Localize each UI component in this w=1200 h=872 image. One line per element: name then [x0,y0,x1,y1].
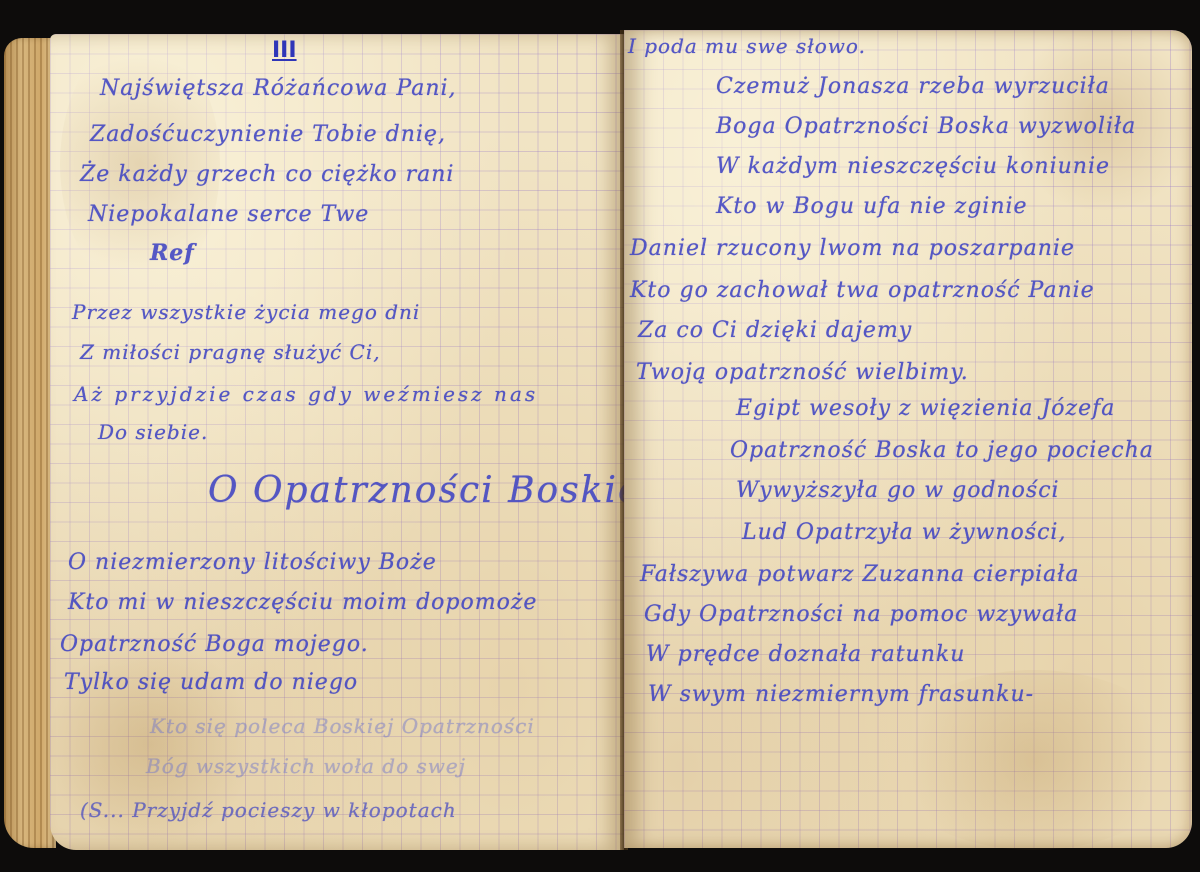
verse-line: W swym niezmiernym frasunku- [648,682,1034,707]
verse-line: Opatrzność Boga mojego. [60,632,369,657]
verse-line: Egipt wesoły z więzienia Józefa [736,396,1115,421]
open-notebook: III Najświętsza Różańcowa Pani, Zadośćuc… [0,0,1200,872]
verse-line: W prędce doznała ratunku [646,642,965,667]
verse-line: Fałszywa potwarz Zuzanna cierpiała [640,562,1079,587]
verse-line: Kto go zachował twa opatrzność Panie [630,278,1095,303]
verse-line: Niepokalane serce Twe [88,202,369,227]
verse-line: Lud Opatrzyła w żywności, [742,520,1066,545]
verse-line: Gdy Opatrzności na pomoc wzywała [644,602,1078,627]
verse-line: Wywyższyła go w godności [736,478,1060,503]
section-numeral: III [272,38,297,63]
verse-line: Najświętsza Różańcowa Pani, [100,76,457,101]
verse-line: Za co Ci dzięki dajemy [638,318,912,343]
verse-line: (S... Przyjdź pocieszy w kłopotach [80,798,457,822]
verse-line: O niezmierzony litościwy Boże [68,550,437,575]
verse-line-faded: Bóg wszystkich woła do swej [146,754,466,778]
song-title: O Opatrzności Boskiej. [208,470,668,511]
verse-line: Boga Opatrzności Boska wyzwoliła [716,114,1136,139]
refrain-line: Do siebie. [98,420,208,444]
verse-line: Zadośćuczynienie Tobie dnię, [90,122,446,147]
verse-line: Kto w Bogu ufa nie zginie [716,194,1028,219]
right-page: · · · I poda mu swe słowo. Czemuż Jonasz… [624,30,1192,848]
verse-line: Opatrzność Boska to jego pociecha [730,438,1154,463]
verse-line: I poda mu swe słowo. [628,34,866,58]
verse-line: Tylko się udam do niego [64,670,358,695]
refrain-line: Przez wszystkie życia mego dni [72,300,420,324]
left-page: III Najświętsza Różańcowa Pani, Zadośćuc… [50,34,624,850]
verse-line: Daniel rzucony lwom na poszarpanie [630,236,1075,261]
page-edges [4,38,56,848]
verse-line-faded: Kto się poleca Boskiej Opatrzności [150,714,535,738]
verse-line: Czemuż Jonasza rzeba wyrzuciła [716,74,1110,99]
refrain-label: Ref [150,240,195,266]
refrain-line: Z miłości pragnę służyć Ci, [80,340,381,364]
verse-line: Kto mi w nieszczęściu moim dopomoże [68,590,537,615]
refrain-line: Aż przyjdzie czas gdy weźmiesz nas [74,382,538,406]
verse-line: Twoją opatrzność wielbimy. [636,360,969,385]
verse-line: Że każdy grzech co ciężko rani [80,162,454,187]
verse-line: W każdym nieszczęściu koniunie [716,154,1110,179]
